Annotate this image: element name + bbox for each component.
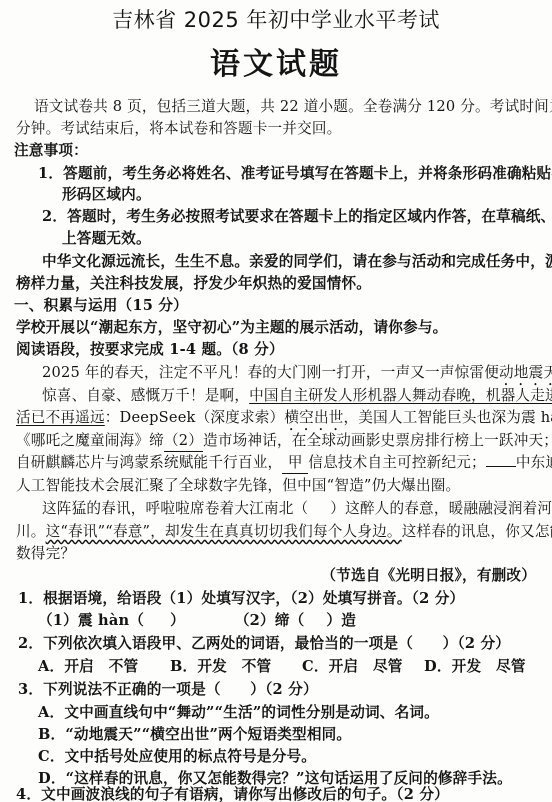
section-1-context-line-1: 学校开展以“潮起东方，坚守初心”为主题的展示活动，请你参与。 (16, 318, 447, 338)
preface-line-2: 榜样力量，关注科技发展，抒发少年炽热的爱国情怀。 (16, 274, 371, 294)
question-2-stem: 2．下列依次填入语段甲、乙两处的词语，最恰当的一项是（ ）（2 分） (18, 634, 510, 654)
question-2-option-b[interactable]: B．开发 不管 (170, 657, 271, 677)
straight-underlined-sentence: 中国自主研发人形机器人舞动春晚，机器人走进生 (249, 387, 552, 404)
passage-text: 这阵猛的春讯，呼啦啦席卷着大江南北（ (42, 500, 308, 517)
passage-text: 这样春的讯息，你又怎能 (402, 523, 552, 540)
blank-2[interactable]: （2） (164, 431, 203, 452)
intro-line-2: 分钟。考试结束后，将本试卷和答题卡一并交回。 (16, 119, 341, 139)
notice-title: 注意事项： (14, 141, 88, 161)
exam-page: 吉林省 2025 年初中学业水平考试 语文试题 语文试卷共 8 页，包括三道大题… (0, 0, 552, 802)
intro-line-1: 语文试卷共 8 页，包括三道大题，共 22 道小题。全卷满分 120 分。考试时… (34, 97, 552, 117)
question-3-option-b[interactable]: B．“动地震天”“横空出世”两个短语类型相同。 (38, 725, 351, 745)
wavy-underlined-sentence: 这“春讯”“春意”，却发生在真真切切我们每个人身边。 (46, 523, 402, 540)
passage-line-4: 《哪吒之魔童闹海》缔（2）造市场神话，在全球动画影史票房排行榜上一跃冲天；华为 (16, 431, 552, 452)
passage-text: 中东迪拜 (516, 454, 552, 471)
passage-text: ：DeepSeek（深度求索） (105, 409, 285, 426)
passage-line-9: 数得完？ (16, 544, 75, 564)
passage-text: ）这醉人的春意，暖融融浸润着河海山 (330, 500, 552, 517)
question-3-option-a[interactable]: A．文中画直线句中“舞动”“生活”的词性分别是动词、名词。 (38, 703, 439, 723)
exam-title: 吉林省 2025 年初中学业水平考试 (0, 6, 552, 34)
section-1-heading: 一、积累与运用（15 分） (14, 296, 188, 316)
notice-item-2-line-2: 上答题无效。 (62, 229, 151, 249)
notice-item-1-line-1: 1．答题前，考生务必将姓名、准考证号填写在答题卡上，并将条形码准确粘贴在条 (38, 164, 552, 184)
passage-text: 《哪吒之魔童闹海》缔 (16, 432, 164, 449)
q1-part-2: （2）缔（ (235, 612, 305, 629)
question-1-answer-line: （1）震 hàn（）（2）缔（）造 (38, 611, 356, 631)
straight-underlined-sentence-end: 活已不再遥远 (16, 409, 105, 426)
question-2-option-d[interactable]: D．开发 尽管 (424, 657, 526, 677)
subject-title: 语文试题 (0, 46, 552, 84)
passage-text: ，美国人工智能巨头也深为震 hàn (344, 409, 552, 426)
passage-text: 2025 年的春天，注定不平凡！春的大门刚一打开，一声又一声惊雷便 (42, 364, 499, 381)
passage-text: 造市场神话，在全球动画影史票房排行榜上一跃冲天；华为 (203, 432, 552, 449)
blank-jia[interactable]: 甲 (282, 453, 308, 474)
dotted-phrase: 动地震天 (499, 364, 552, 381)
notice-item-1-line-2: 形码区域内。 (62, 185, 151, 205)
question-3-option-c[interactable]: C．文中括号处应使用的标点符号是分号。 (38, 747, 316, 767)
passage-line-7: 这阵猛的春讯，呼啦啦席卷着大江南北（）这醉人的春意，暖融融浸润着河海山 (42, 499, 552, 519)
section-1-context-line-2: 阅读语段，按要求完成 1-4 题。（8 分） (16, 340, 284, 360)
question-4-stem: 4．文中画波浪线的句子有语病，请你写出修改后的句子。（2 分） (16, 785, 449, 802)
preface-line-1: 中华文化源远流长，生生不息。亲爱的同学们，请在参与活动和完成任务中，汲取 (42, 252, 552, 272)
passage-text: 信息技术自主可控新纪元； (308, 454, 486, 471)
question-3-stem: 3．下列说法不正确的一项是（ ）（2 分） (18, 680, 318, 700)
passage-line-8: 川。这“春讯”“春意”，却发生在真真切切我们每个人身边。这样春的讯息，你又怎能 (16, 522, 552, 542)
passage-source: （节选自《光明日报》，有删改） (321, 566, 536, 586)
q1-part-1-close: ） (170, 612, 185, 629)
notice-item-2-line-1: 2．答题时，考生务必按照考试要求在答题卡上的指定区域内作答，在草稿纸、试卷 (42, 207, 552, 227)
question-2-option-c[interactable]: C．开启 尽管 (302, 657, 403, 677)
passage-line-6: 人工智能技术会展汇聚了全球数字先锋，但中国“智造”仍大爆出圈。 (16, 476, 460, 496)
passage-text: 惊喜、自豪、感慨万千！是啊， (42, 387, 249, 404)
blank-yi[interactable] (486, 466, 516, 467)
question-2-option-a[interactable]: A．开启 不管 (38, 657, 138, 677)
q1-part-2-close: ）造 (326, 612, 356, 629)
passage-line-2: 惊喜、自豪、感慨万千！是啊，中国自主研发人形机器人舞动春晚，机器人走进生 (42, 386, 552, 406)
passage-text: 川。 (16, 523, 46, 540)
question-1-stem: 1．根据语境，给语段（1）处填写汉字，（2）处填写拼音。（2 分） (18, 589, 464, 609)
passage-line-5: 自研麒麟芯片与鸿蒙系统赋能千行百业，甲信息技术自主可控新纪元；中东迪拜 (16, 453, 552, 474)
q1-part-1: （1）震 hàn（ (38, 612, 144, 629)
dotted-phrase: 横空出世 (284, 409, 343, 426)
passage-text: 自研麒麟芯片与鸿蒙系统赋能千行百业， (16, 454, 282, 471)
